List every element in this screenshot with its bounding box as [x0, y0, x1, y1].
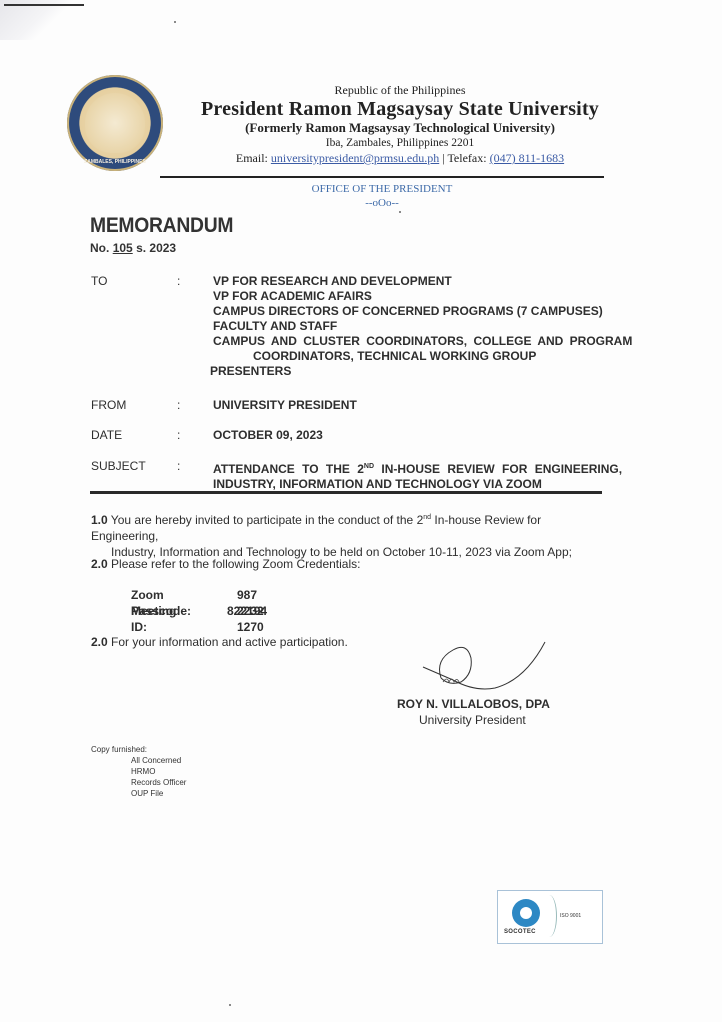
badge-divider [542, 895, 557, 937]
memo-number-prefix: No. [90, 241, 109, 255]
subject-line-1: ATTENDANCE TO THE 2ND IN-HOUSE REVIEW FO… [213, 459, 603, 477]
recipient: CAMPUS DIRECTORS OF CONCERNED PROGRAMS (… [213, 304, 603, 319]
iso-certification-badge: SOCOTEC ISO 9001 [497, 890, 603, 944]
memo-series: s. 2023 [136, 241, 176, 255]
office-ornament: --oOo-- [160, 196, 604, 210]
subject-ordinal: ND [364, 463, 374, 470]
signature-icon [405, 640, 555, 695]
cert-brand: SOCOTEC [504, 929, 536, 935]
seal-emblem-icon [85, 93, 145, 153]
passcode-label: Passcode: [131, 603, 191, 619]
republic-line: Republic of the Philippines [165, 82, 635, 98]
scan-edge-line [4, 4, 84, 6]
date-colon: : [177, 428, 180, 443]
to-recipients: VP FOR RESEARCH AND DEVELOPMENT VP FOR A… [213, 274, 603, 379]
recipient: PRESENTERS [210, 364, 603, 379]
copy-recipient: OUP File [131, 788, 186, 799]
copy-furnished: Copy furnished: All Concerned HRMO Recor… [91, 744, 186, 799]
telefax-label: Telefax: [447, 151, 486, 165]
para-text: For your information and active particip… [108, 635, 348, 649]
memo-number: No. 105 s. 2023 [90, 241, 176, 255]
subject-text: ATTENDANCE TO THE 2 [213, 462, 364, 476]
scan-speck [399, 211, 401, 213]
subject-line-2: INDUSTRY, INFORMATION AND TECHNOLOGY VIA… [213, 477, 603, 492]
copy-recipient: Records Officer [131, 777, 186, 788]
subject-colon: : [177, 459, 180, 474]
para-number: 2.0 [91, 635, 108, 649]
passcode-value: 822194 [227, 603, 267, 619]
subject-text: IN-HOUSE REVIEW FOR ENGINEERING, [374, 462, 622, 476]
subject-value: ATTENDANCE TO THE 2ND IN-HOUSE REVIEW FO… [213, 459, 603, 492]
recipient: VP FOR ACADEMIC AFAIRS [213, 289, 603, 304]
subject-divider [90, 491, 602, 494]
recipient: FACULTY AND STAFF [213, 319, 603, 334]
paragraph-2: 2.0 Please refer to the following Zoom C… [91, 556, 360, 572]
ordinal: nd [423, 514, 431, 521]
university-name: President Ramon Magsaysay State Universi… [165, 98, 635, 120]
date-label: DATE [91, 428, 171, 443]
telefax-link[interactable]: (047) 811-1683 [490, 151, 565, 165]
recipient: CAMPUS AND CLUSTER COORDINATORS, COLLEGE… [213, 334, 603, 349]
para-number: 1.0 [91, 513, 108, 527]
university-seal-logo: PRESIDENT RAMON MAGSAYSAY STATE UNIVERSI… [67, 75, 163, 171]
memo-heading: MEMORANDUM [90, 214, 233, 238]
seal-text-bottom: ZAMBALES, PHILIPPINES [67, 159, 163, 165]
contact-line: Email: universitypresident@prmsu.edu.ph … [165, 150, 635, 166]
signatory-title: University President [419, 713, 526, 727]
email-link[interactable]: universitypresident@prmsu.edu.ph [271, 151, 439, 165]
signatory-name: ROY N. VILLALOBOS, DPA [397, 697, 550, 711]
from-colon: : [177, 398, 180, 413]
office-title: OFFICE OF THE PRESIDENT [160, 182, 604, 196]
para-number: 2.0 [91, 557, 108, 571]
socotec-logo-icon [512, 899, 540, 927]
memo-number-value: 105 [113, 241, 133, 255]
office-heading: OFFICE OF THE PRESIDENT --oOo-- [160, 182, 604, 210]
copy-recipient: HRMO [131, 766, 186, 777]
from-label: FROM [91, 398, 171, 413]
former-name: (Formerly Ramon Magsaysay Technological … [165, 120, 635, 136]
copy-recipient: All Concerned [131, 755, 186, 766]
scan-speck [368, 296, 370, 298]
to-colon: : [177, 274, 180, 289]
from-value: UNIVERSITY PRESIDENT [213, 398, 603, 413]
recipient: COORDINATORS, TECHNICAL WORKING GROUP [213, 349, 603, 364]
scan-speck [229, 1004, 231, 1006]
scan-speck [174, 21, 176, 23]
scan-shadow [0, 0, 85, 40]
date-value: OCTOBER 09, 2023 [213, 428, 603, 443]
para-text: Please refer to the following Zoom Crede… [108, 557, 361, 571]
recipient: VP FOR RESEARCH AND DEVELOPMENT [213, 274, 603, 289]
paragraph-3: 2.0 For your information and active part… [91, 634, 348, 650]
address: Iba, Zambales, Philippines 2201 [165, 136, 635, 150]
paragraph-1: 1.0 You are hereby invited to participat… [91, 510, 611, 560]
to-label: TO [91, 274, 171, 289]
contact-separator: | [442, 151, 444, 165]
subject-label: SUBJECT [91, 459, 171, 474]
cert-standard: ISO 9001 [560, 913, 581, 919]
header-divider [160, 176, 604, 178]
letterhead: Republic of the Philippines President Ra… [165, 82, 635, 166]
para-text: You are hereby invited to participate in… [108, 513, 424, 527]
email-label: Email: [236, 151, 268, 165]
copy-furnished-label: Copy furnished: [91, 744, 186, 755]
